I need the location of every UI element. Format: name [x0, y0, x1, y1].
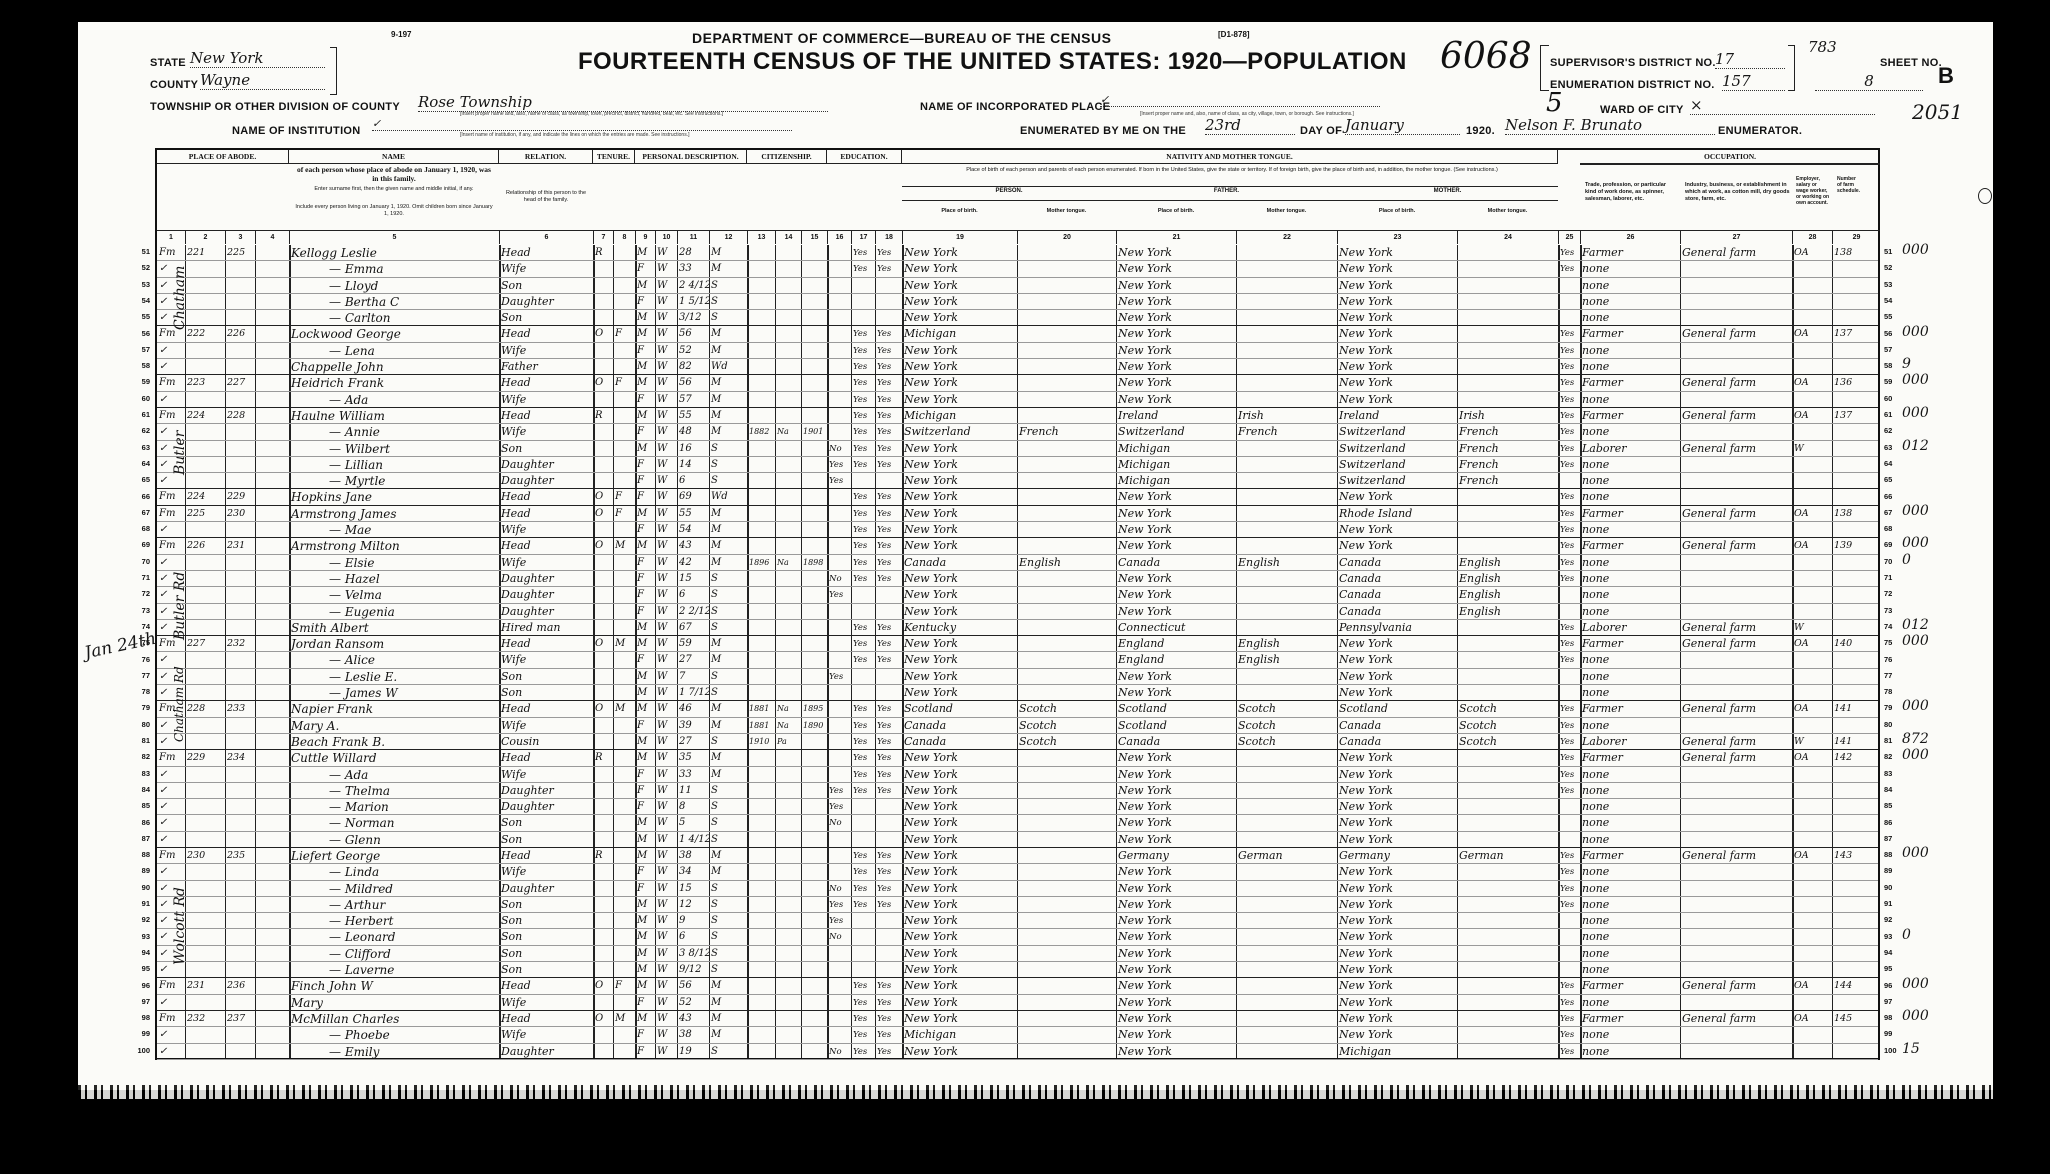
cell-ftongue: English — [1236, 652, 1337, 667]
cell-mpob: Rhode Island — [1337, 506, 1457, 521]
cell-write: Yes — [875, 620, 902, 635]
cell-natyr — [801, 962, 827, 977]
cell-ptongue: French — [1017, 424, 1116, 439]
cell-nat — [775, 375, 801, 390]
cell-house — [185, 1027, 225, 1042]
cell-fpob: New York — [1116, 326, 1236, 341]
cell-sex: F — [635, 294, 655, 309]
cell-owned — [593, 620, 613, 635]
street-note-wolcott-rd: Wolcott Rd — [172, 887, 188, 965]
line-number-right: 67 — [1884, 508, 1892, 517]
cell-owned: O — [593, 326, 613, 341]
cell-owned — [593, 441, 613, 456]
cell-industry: General farm — [1680, 701, 1792, 716]
cell-house — [185, 457, 225, 472]
cell-name: Finch John W — [289, 978, 499, 993]
cell-immig — [747, 832, 775, 847]
cell-relation: Son — [499, 962, 593, 977]
table-row: ✓— EmmaWifeFW33MYesYesNew YorkNew YorkNe… — [157, 261, 1878, 277]
cell-english: Yes — [1558, 978, 1580, 993]
cell-english: Yes — [1558, 392, 1580, 407]
cell-ptongue — [1017, 995, 1116, 1010]
cell-nat — [775, 489, 801, 504]
cell-english: Yes — [1558, 441, 1580, 456]
cell-class — [1792, 685, 1832, 700]
column-number: 18 — [875, 230, 902, 244]
pob-mother-head: Place of birth. — [1337, 208, 1457, 214]
cell-owned — [593, 767, 613, 782]
cell-owned: O — [593, 375, 613, 390]
cell-family — [225, 294, 255, 309]
cell-class — [1792, 929, 1832, 944]
cell-industry — [1680, 685, 1792, 700]
table-row: ✓— HerbertSonMW9SYesNew YorkNew YorkNew … — [157, 913, 1878, 929]
cell-name: — Emma — [289, 261, 499, 276]
cell-mpob: Canada — [1337, 555, 1457, 570]
cell-family — [225, 1027, 255, 1042]
cell-house — [185, 897, 225, 912]
cell-house — [185, 571, 225, 586]
table-row: ✓— NormanSonMW5SNoNew YorkNew YorkNew Yo… — [157, 815, 1878, 831]
cell-mpob: New York — [1337, 995, 1457, 1010]
cell-ptongue — [1017, 392, 1116, 407]
column-number: 17 — [851, 230, 875, 244]
cell-ftongue — [1236, 1027, 1337, 1042]
cell-fpob: New York — [1116, 359, 1236, 374]
table-row: ✓— PhoebeWifeFW38MYesYesMichiganNew York… — [157, 1027, 1878, 1043]
cell-name: Cuttle Willard — [289, 750, 499, 765]
frame-number: 2051 — [1912, 100, 1963, 124]
cell-relation: Son — [499, 913, 593, 928]
line-number: 88 — [132, 850, 150, 859]
cell-race: W — [655, 392, 677, 407]
cell-english — [1558, 685, 1580, 700]
cell-mortgage: M — [613, 636, 635, 651]
cell-mpob: Canada — [1337, 734, 1457, 749]
cell-fpob: New York — [1116, 343, 1236, 358]
cell-farm — [1832, 359, 1880, 374]
cell-relation: Daughter — [499, 571, 593, 586]
cell-age: 48 — [677, 424, 709, 439]
cell-age: 7 — [677, 669, 709, 684]
cell-industry — [1680, 359, 1792, 374]
cell-pob: New York — [902, 848, 1017, 863]
cell-family — [225, 522, 255, 537]
cell-trade: none — [1580, 343, 1680, 358]
cell-family — [225, 359, 255, 374]
cell-race: W — [655, 978, 677, 993]
cell-english: Yes — [1558, 652, 1580, 667]
cell-sex: F — [635, 652, 655, 667]
cell-marital: S — [709, 473, 747, 488]
cell-pob: New York — [902, 359, 1017, 374]
institution-hint: [Insert name of institution, if any, and… — [460, 132, 689, 138]
cell-nat — [775, 522, 801, 537]
cell-immig — [747, 669, 775, 684]
cell-race: W — [655, 636, 677, 651]
cell-english — [1558, 799, 1580, 814]
cell-marital: M — [709, 522, 747, 537]
cell-trade: none — [1580, 864, 1680, 879]
cell-mortgage — [613, 278, 635, 293]
cell-trade: Farmer — [1580, 326, 1680, 341]
cell-class — [1792, 767, 1832, 782]
cell-english: Yes — [1558, 555, 1580, 570]
cell-english: Yes — [1558, 620, 1580, 635]
cell-immig — [747, 995, 775, 1010]
cell-natyr — [801, 978, 827, 993]
cell-mortgage — [613, 881, 635, 896]
column-number: 10 — [655, 230, 677, 244]
group-relation: RELATION. — [499, 150, 593, 164]
margin-code: 000 — [1902, 633, 1929, 649]
cell-age: 6 — [677, 929, 709, 944]
cell-write: Yes — [875, 571, 902, 586]
cell-english: Yes — [1558, 995, 1580, 1010]
cell-owned — [593, 457, 613, 472]
cell-class: OA — [1792, 848, 1832, 863]
table-row: ✓— ThelmaDaughterFW11SYesYesYesNew YorkN… — [157, 783, 1878, 799]
cell-mortgage — [613, 767, 635, 782]
cell-fpob: New York — [1116, 929, 1236, 944]
cell-farm — [1832, 799, 1880, 814]
cell-ftongue — [1236, 913, 1337, 928]
cell-sex: M — [635, 1011, 655, 1026]
cell-school: No — [827, 571, 851, 586]
cell-natyr — [801, 929, 827, 944]
cell-race: W — [655, 522, 677, 537]
cell-owned — [593, 685, 613, 700]
group-citizenship: CITIZENSHIP. — [747, 150, 827, 164]
cell-relation: Wife — [499, 1027, 593, 1042]
cell-family — [225, 995, 255, 1010]
cell-industry — [1680, 815, 1792, 830]
cell-write — [875, 832, 902, 847]
cell-natyr — [801, 767, 827, 782]
margin-code: 9 — [1902, 356, 1911, 372]
cell-english: Yes — [1558, 424, 1580, 439]
cell-ptongue — [1017, 506, 1116, 521]
cell-mtongue: English — [1457, 604, 1558, 619]
table-row: ✓— ElsieWifeFW42M1896Na1898YesYesCanadaE… — [157, 555, 1878, 571]
line-number: 51 — [132, 247, 150, 256]
cell-name: — Emily — [289, 1044, 499, 1059]
cell-pob: New York — [902, 261, 1017, 276]
cell-class — [1792, 604, 1832, 619]
cell-marital: M — [709, 326, 747, 341]
cell-class — [1792, 424, 1832, 439]
cell-nat — [775, 392, 801, 407]
cell-mtongue: French — [1457, 441, 1558, 456]
cell-fpob: New York — [1116, 1011, 1236, 1026]
cell-english: Yes — [1558, 375, 1580, 390]
cell-name: — Leslie E. — [289, 669, 499, 684]
cell-natyr — [801, 620, 827, 635]
line-number: 58 — [132, 361, 150, 370]
cell-english — [1558, 832, 1580, 847]
cell-relation: Wife — [499, 392, 593, 407]
cell-mpob: New York — [1337, 261, 1457, 276]
cell-owned — [593, 783, 613, 798]
cell-sex: F — [635, 457, 655, 472]
cell-mortgage — [613, 522, 635, 537]
cell-relation: Wife — [499, 767, 593, 782]
cell-industry — [1680, 946, 1792, 961]
cell-mtongue: English — [1457, 555, 1558, 570]
cell-read — [851, 294, 875, 309]
cell-school — [827, 734, 851, 749]
cell-nat — [775, 538, 801, 553]
cell-pob: New York — [902, 669, 1017, 684]
cell-ftongue — [1236, 326, 1337, 341]
cell-relation: Wife — [499, 261, 593, 276]
table-row: Fm226231Armstrong MiltonHeadOMMW43MYesYe… — [157, 538, 1878, 554]
cell-sex: M — [635, 359, 655, 374]
line-number: 95 — [132, 964, 150, 973]
line-number: 65 — [132, 475, 150, 484]
cell-fpob: New York — [1116, 864, 1236, 879]
cell-school — [827, 995, 851, 1010]
line-number: 60 — [132, 394, 150, 403]
cell-mtongue — [1457, 995, 1558, 1010]
cell-trade: none — [1580, 767, 1680, 782]
cell-fpob: New York — [1116, 278, 1236, 293]
cell-natyr — [801, 946, 827, 961]
cell-english: Yes — [1558, 897, 1580, 912]
cell-owned — [593, 424, 613, 439]
cell-write — [875, 815, 902, 830]
cell-sex: M — [635, 913, 655, 928]
table-row: ✓— EugeniaDaughterFW2 2/12SNew YorkNew Y… — [157, 604, 1878, 620]
cell-house — [185, 587, 225, 602]
cell-mortgage — [613, 832, 635, 847]
cell-english: Yes — [1558, 506, 1580, 521]
cell-mpob: Canada — [1337, 571, 1457, 586]
cell-name: — Ada — [289, 392, 499, 407]
cell-pob: New York — [902, 604, 1017, 619]
line-number-right: 93 — [1884, 932, 1892, 941]
cell-relation: Daughter — [499, 294, 593, 309]
cell-house — [185, 929, 225, 944]
cell-fpob: Scotland — [1116, 718, 1236, 733]
cell-read — [851, 310, 875, 325]
cell-industry — [1680, 718, 1792, 733]
margin-code: 000 — [1902, 324, 1929, 340]
cell-read: Yes — [851, 326, 875, 341]
cell-pob: New York — [902, 685, 1017, 700]
cell-immig — [747, 261, 775, 276]
cell-nat — [775, 587, 801, 602]
cell-marital: M — [709, 1011, 747, 1026]
cell-marital: M — [709, 538, 747, 553]
cell-school: No — [827, 1044, 851, 1059]
cell-relation: Wife — [499, 652, 593, 667]
cell-immig — [747, 848, 775, 863]
cell-write: Yes — [875, 750, 902, 765]
cell-marital: S — [709, 881, 747, 896]
cell-owned — [593, 278, 613, 293]
cell-immig — [747, 359, 775, 374]
line-number-right: 77 — [1884, 671, 1892, 680]
cell-read: Yes — [851, 555, 875, 570]
cell-age: 6 — [677, 473, 709, 488]
cell-family: 231 — [225, 538, 255, 553]
cell-house: 224 — [185, 408, 225, 423]
line-number: 79 — [132, 703, 150, 712]
cell-sex: F — [635, 489, 655, 504]
cell-read: Yes — [851, 1027, 875, 1042]
cell-marital: S — [709, 815, 747, 830]
cell-trade: Farmer — [1580, 408, 1680, 423]
cell-pob: New York — [902, 587, 1017, 602]
cell-ftongue — [1236, 245, 1337, 260]
cell-mortgage — [613, 261, 635, 276]
cell-industry: General farm — [1680, 326, 1792, 341]
cell-nat — [775, 310, 801, 325]
cell-sex: F — [635, 522, 655, 537]
line-number: 85 — [132, 801, 150, 810]
cell-relation: Wife — [499, 995, 593, 1010]
cell-age: 69 — [677, 489, 709, 504]
cell-farm — [1832, 620, 1880, 635]
cell-pob: New York — [902, 392, 1017, 407]
street-note-butler-rd: Butler Rd — [172, 572, 188, 640]
column-number: 7 — [593, 230, 613, 244]
cell-mpob: Canada — [1337, 718, 1457, 733]
cell-fpob: Switzerland — [1116, 424, 1236, 439]
cell-ftongue: Scotch — [1236, 734, 1337, 749]
cell-mtongue — [1457, 522, 1558, 537]
cell-family — [225, 962, 255, 977]
cell-owned — [593, 587, 613, 602]
cell-house — [185, 359, 225, 374]
cell-class — [1792, 881, 1832, 896]
cell-nat — [775, 783, 801, 798]
cell-class — [1792, 995, 1832, 1010]
cell-immig — [747, 326, 775, 341]
cell-mpob: New York — [1337, 326, 1457, 341]
cell-ftongue — [1236, 375, 1337, 390]
cell-sex: F — [635, 571, 655, 586]
cell-house — [185, 294, 225, 309]
cell-sex: M — [635, 832, 655, 847]
cell-class: OA — [1792, 750, 1832, 765]
column-number: 24 — [1457, 230, 1558, 244]
cell-house — [185, 473, 225, 488]
enumeration-value: 157 — [1722, 72, 1785, 91]
cell-mpob: New York — [1337, 897, 1457, 912]
cell-mortgage: F — [613, 326, 635, 341]
group-nativity: NATIVITY AND MOTHER TONGUE. — [902, 150, 1558, 164]
margin-code: 000 — [1902, 976, 1929, 992]
margin-code: 000 — [1902, 698, 1929, 714]
cell-class: W — [1792, 620, 1832, 635]
cell-read — [851, 962, 875, 977]
cell-ftongue — [1236, 538, 1337, 553]
line-number-right: 66 — [1884, 492, 1892, 501]
cell-immig — [747, 457, 775, 472]
cell-house: 226 — [185, 538, 225, 553]
cell-race: W — [655, 652, 677, 667]
cell-marital: M — [709, 701, 747, 716]
cell-street: Fm — [157, 506, 185, 521]
line-number: 63 — [132, 443, 150, 452]
line-number-right: 55 — [1884, 312, 1892, 321]
cell-family — [225, 278, 255, 293]
cell-school — [827, 685, 851, 700]
cell-pob: Canada — [902, 734, 1017, 749]
cell-mortgage: F — [613, 978, 635, 993]
cell-read — [851, 587, 875, 602]
cell-english: Yes — [1558, 571, 1580, 586]
cell-marital: S — [709, 929, 747, 944]
cell-name: — Thelma — [289, 783, 499, 798]
cell-owned — [593, 897, 613, 912]
cell-nat — [775, 245, 801, 260]
cell-family — [225, 832, 255, 847]
cell-ptongue — [1017, 571, 1116, 586]
cell-marital: M — [709, 245, 747, 260]
cell-name: — Annie — [289, 424, 499, 439]
name-column-desc: of each person whose place of abode on J… — [293, 165, 495, 183]
cell-farm — [1832, 343, 1880, 358]
ward-value: × — [1690, 96, 1875, 115]
cell-house — [185, 261, 225, 276]
cell-nat — [775, 604, 801, 619]
cell-house — [185, 995, 225, 1010]
line-number: 82 — [132, 752, 150, 761]
cell-age: 34 — [677, 864, 709, 879]
cell-ptongue — [1017, 441, 1116, 456]
cell-read: Yes — [851, 392, 875, 407]
cell-marital: S — [709, 832, 747, 847]
cell-write — [875, 604, 902, 619]
cell-sex: M — [635, 929, 655, 944]
cell-industry: General farm — [1680, 506, 1792, 521]
cell-mtongue — [1457, 245, 1558, 260]
cell-fpob: New York — [1116, 946, 1236, 961]
cell-mpob: New York — [1337, 343, 1457, 358]
cell-ftongue — [1236, 832, 1337, 847]
table-row: Fm224229Hopkins JaneHeadOFFW69WdYesYesNe… — [157, 489, 1878, 505]
line-number-right: 94 — [1884, 948, 1892, 957]
cell-mtongue: Scotch — [1457, 734, 1558, 749]
cell-house: 229 — [185, 750, 225, 765]
cell-ftongue — [1236, 946, 1337, 961]
cell-class: OA — [1792, 375, 1832, 390]
cell-natyr: 1901 — [801, 424, 827, 439]
cell-natyr — [801, 734, 827, 749]
cell-name: McMillan Charles — [289, 1011, 499, 1026]
cell-race: W — [655, 783, 677, 798]
cell-ftongue — [1236, 750, 1337, 765]
cell-ptongue — [1017, 326, 1116, 341]
cell-street: ✓ — [157, 473, 185, 488]
cell-mpob: New York — [1337, 294, 1457, 309]
cell-owned — [593, 522, 613, 537]
cell-pob: New York — [902, 652, 1017, 667]
cell-sex: M — [635, 946, 655, 961]
cell-ptongue — [1017, 750, 1116, 765]
cell-immig: 1882 — [747, 424, 775, 439]
cell-write — [875, 685, 902, 700]
cell-age: 43 — [677, 538, 709, 553]
cell-nat — [775, 881, 801, 896]
cell-pob: New York — [902, 441, 1017, 456]
column-number: 23 — [1337, 230, 1457, 244]
cell-natyr — [801, 538, 827, 553]
cell-sex: F — [635, 799, 655, 814]
